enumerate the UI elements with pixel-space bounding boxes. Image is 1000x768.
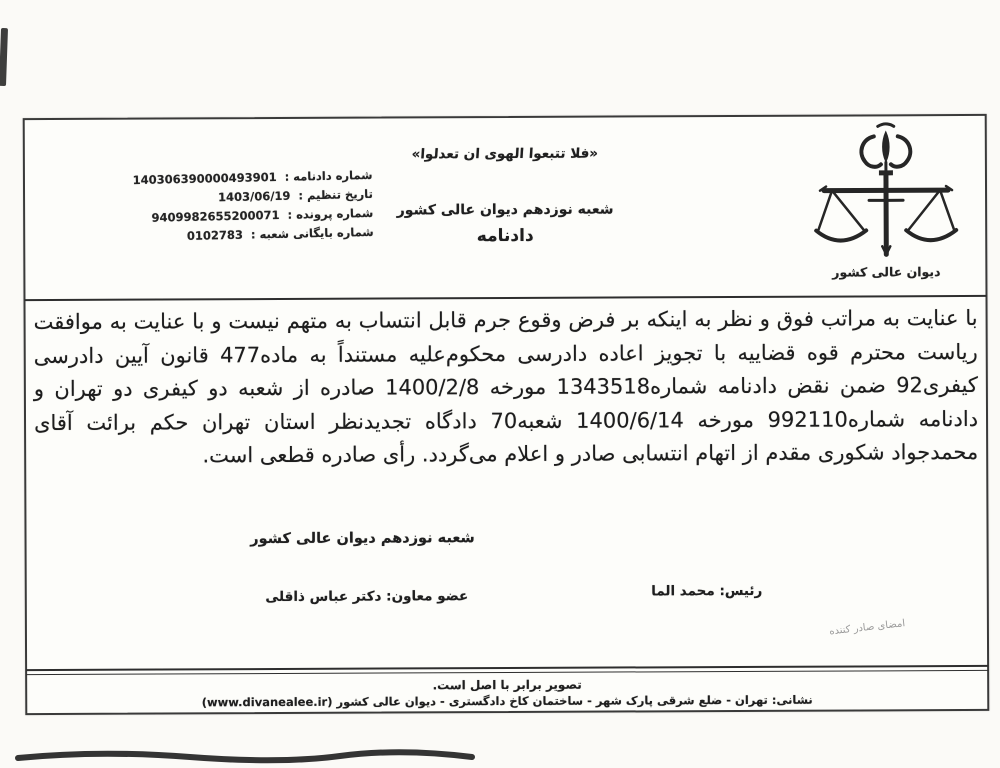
archive-number-label: شماره بایگانی شعبه :	[251, 225, 374, 242]
archive-number-value: 0102783	[187, 228, 243, 243]
scan-artifact-left	[0, 28, 8, 86]
emblem-caption: دیوان عالی کشور	[801, 264, 971, 280]
verdict-number-label: شماره دادنامه :	[284, 168, 372, 184]
case-number-label: شماره پرونده :	[287, 206, 373, 222]
document-footer: تصویر برابر با اصل است. نشانی: تهران - ض…	[27, 676, 987, 710]
document-frame: دیوان عالی کشور «فلا تتبعوا الهوی ان تعد…	[23, 114, 990, 715]
certified-copy-note: تصویر برابر با اصل است.	[27, 676, 987, 694]
quranic-phrase: «فلا تتبعوا الهوی ان تعدلوا»	[304, 145, 705, 163]
case-metadata: شماره دادنامه : 140306390000493901 تاریخ…	[60, 166, 374, 249]
verdict-body-text: با عنایت به مراتب فوق و نظر به اینکه بر …	[34, 302, 979, 474]
signature-branch-line: شعبه نوزدهم دیوان عالی کشور	[27, 529, 699, 548]
issuer-signature-note: امضای صادر کننده	[829, 610, 979, 637]
footer-divider	[26, 665, 988, 675]
issue-date-label: تاریخ تنظیم :	[298, 187, 373, 203]
scan-artifact-bottom	[10, 748, 490, 768]
signature-president: رئیس: محمد الما	[587, 583, 827, 600]
case-number-value: 9409982655200071	[151, 208, 279, 225]
header-divider	[24, 295, 986, 301]
signature-member: عضو معاون: دکتر عباس ذاقلی	[202, 588, 532, 605]
scales-of-justice-icon	[806, 120, 967, 263]
issue-date-value: 1403/06/19	[218, 189, 291, 205]
verdict-number-value: 140306390000493901	[132, 170, 276, 187]
scanned-page: دیوان عالی کشور «فلا تتبعوا الهوی ان تعد…	[0, 0, 1000, 768]
court-address-line: نشانی: تهران - ضلع شرقی پارک شهر - ساختم…	[27, 692, 987, 710]
supreme-court-emblem: دیوان عالی کشور	[801, 120, 972, 280]
